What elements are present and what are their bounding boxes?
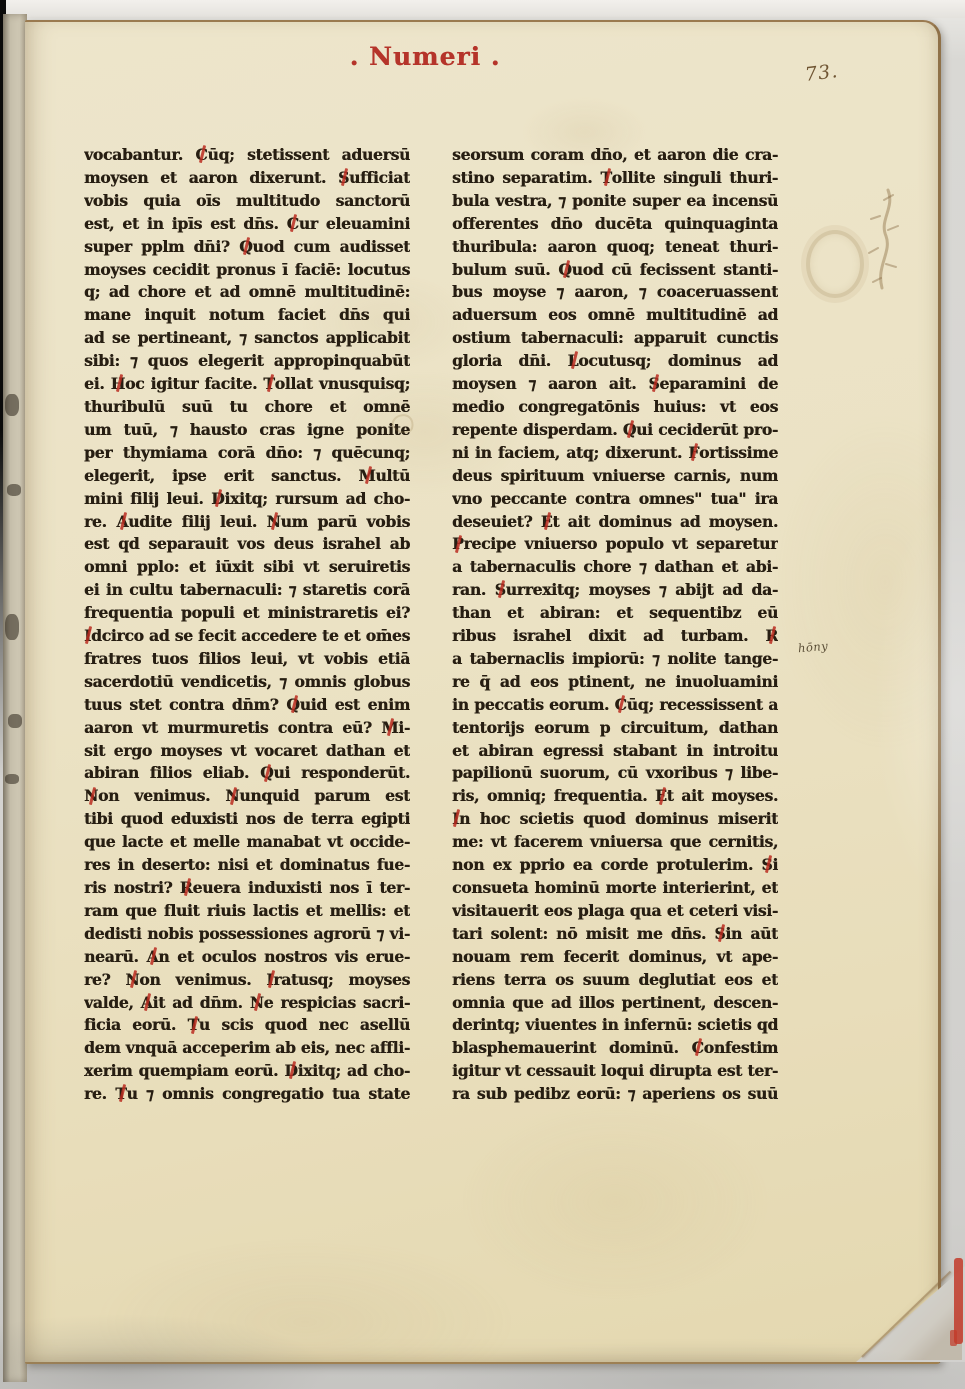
text-line: visitauerit eos plaga qua et ceteri visi… <box>452 900 778 923</box>
text-line: blasphemauerint dominū. Confestim <box>452 1037 778 1060</box>
text-line: ram que fluit riuis lactis et mellis: et <box>84 900 410 923</box>
vellum-ring-flaw <box>806 230 864 298</box>
text-line: derintq; viuentes in infernū: scietis qd <box>452 1014 778 1037</box>
text-line: moysen ⁊ aaron ait. Separamini de <box>452 373 778 396</box>
text-line: bula vestra, ⁊ ponite super ea incensū <box>452 190 778 213</box>
text-line: vocabantur. Cūq; stetissent aduersū <box>84 144 410 167</box>
text-line: tari solent: nō misit me dn̄s. Sin aūt <box>452 923 778 946</box>
text-line: nearū. An et oculos nostros vis erue- <box>84 946 410 969</box>
text-line: mini filij leui. Dixitq; rursum ad cho- <box>84 488 410 511</box>
edge-smudge <box>5 774 19 784</box>
text-line: deseuiet? Et ait dominus ad moysen. <box>452 511 778 534</box>
text-line: fratres tuos filios leui, vt vobis etiā <box>84 648 410 671</box>
text-line: xerim quempiam eorū. Dixitq; ad cho- <box>84 1060 410 1083</box>
folio-number: 73. <box>804 60 840 86</box>
text-line: gloria dn̄i. Locutusq; dominus ad <box>452 350 778 373</box>
text-line: in peccatis eorum. Cūq; recessissent a <box>452 694 778 717</box>
text-line: ei in cultu tabernaculi: ⁊ staretis corā <box>84 579 410 602</box>
text-line: stino separatim. Tollite singuli thuri- <box>452 167 778 190</box>
ink-doodle <box>858 186 904 294</box>
text-line: que lacte et melle manabat vt occide- <box>84 831 410 854</box>
text-line: tibi quod eduxisti nos de terra egipti <box>84 808 410 831</box>
text-line: valde, Ait ad dn̄m. Ne respicias sacri- <box>84 992 410 1015</box>
text-line: elegerit, ipse erit sanctus. Multū erigi… <box>84 465 410 488</box>
edge-smudge <box>5 614 19 640</box>
text-line: ei. Hoc igitur facite. Tollat vnusquisq; <box>84 373 410 396</box>
margin-annotation: hōny <box>797 639 828 656</box>
text-line: riens terra os suum deglutiat eos et <box>452 969 778 992</box>
text-line: non ex pprio ea corde protulerim. Si <box>452 854 778 877</box>
text-line: nouam rem fecerit dominus, vt ape- <box>452 946 778 969</box>
text-line: sit ergo moyses vt vocaret dathan et <box>84 740 410 763</box>
text-line: ris nostri? Reuera induxisti nos ī ter- <box>84 877 410 900</box>
text-line: re. Tu ⁊ omnis congregatio tua state <box>84 1083 410 1106</box>
text-line: ran. Surrexitq; moyses ⁊ abijt ad da- <box>452 579 778 602</box>
text-line: dem vnquā acceperim ab eis, nec affli- <box>84 1037 410 1060</box>
text-line: papilionū suorum, cū vxoribus ⁊ libe- <box>452 762 778 785</box>
text-line: me: vt facerem vniuersa que cernitis, ⁊ <box>452 831 778 854</box>
text-line: than et abiran: et sequentibz eū senio- <box>452 602 778 625</box>
text-line: Non venimus. Nunquid parum est <box>84 785 410 808</box>
text-line: Idcirco ad se fecit accedere te et om̄es <box>84 625 410 648</box>
text-line: q; ad chore et ad omnē multitudinē: <box>84 281 410 304</box>
text-line: moyses cecidit pronus ī faciē: locutus <box>84 259 410 282</box>
text-line: ad se pertineant, ⁊ sanctos applicabit <box>84 327 410 350</box>
text-line: sacerdotiū vendicetis, ⁊ omnis globus <box>84 671 410 694</box>
text-line: res in deserto: nisi et dominatus fue- <box>84 854 410 877</box>
text-line: thuribula: aaron quoq; teneat thuri- <box>452 236 778 259</box>
cloth-strip-top <box>0 0 965 18</box>
text-line: bus moyse ⁊ aaron, ⁊ coaceruassent <box>452 281 778 304</box>
text-line: ra sub pedibz eorū: ⁊ aperiens os suū <box>452 1083 778 1106</box>
text-line: per thymiama corā dn̄o: ⁊ quēcunq; <box>84 442 410 465</box>
text-line: mane inquit notum faciet dn̄s qui <box>84 304 410 327</box>
text-column-right: seorsum coram dn̄o, et aaron die cra-sti… <box>452 144 778 1106</box>
text-column-left: vocabantur. Cūq; stetissent aduersūmoyse… <box>84 144 410 1106</box>
text-line: In hoc scietis quod dominus miserit <box>452 808 778 831</box>
text-line: sibi: ⁊ quos elegerit appropinquabūt <box>84 350 410 373</box>
text-line: est qd separauit vos deus israhel ab <box>84 533 410 556</box>
edge-smudge <box>7 484 21 496</box>
text-line: vobis quia oīs multitudo sanctorū <box>84 190 410 213</box>
text-line: ostium tabernaculi: apparuit cunctis <box>452 327 778 350</box>
edge-smudge <box>5 394 19 416</box>
text-line: aaron vt murmuretis contra eū? Mi- <box>84 717 410 740</box>
text-line: deus spirituum vniuerse carnis, num <box>452 465 778 488</box>
book-fore-edge <box>3 14 27 1382</box>
text-line: consueta hominū morte interierint, et <box>452 877 778 900</box>
text-line: medio congregatōnis huius: vt eos <box>452 396 778 419</box>
text-line: omni pplo: et iūxit sibi vt seruiretis <box>84 556 410 579</box>
text-line: repente disperdam. Qui ceciderūt pro- <box>452 419 778 442</box>
text-line: omnia que ad illos pertinent, descen- <box>452 992 778 1015</box>
text-line: aduersum eos omnē multitudinē ad <box>452 304 778 327</box>
text-line: ficia eorū. Tu scis quod nec asellū qui- <box>84 1014 410 1037</box>
text-line: tentorijs eorum p circuitum, dathan <box>452 717 778 740</box>
text-line: ribus israhel dixit ad turbam. Recedite <box>452 625 778 648</box>
text-line: bulum suū. Quod cū fecissent stanti- <box>452 259 778 282</box>
text-line: dedisti nobis possessiones agrorū ⁊ vi- <box>84 923 410 946</box>
text-line: vno peccante contra omnes" tua" ira <box>452 488 778 511</box>
text-line: a tabernaclis impiorū: ⁊ nolite tange- <box>452 648 778 671</box>
text-line: Precipe vniuerso populo vt separetur <box>452 533 778 556</box>
text-line: ris, omniq; frequentia. Et ait moyses. <box>452 785 778 808</box>
edge-smudge <box>8 714 22 728</box>
text-line: a tabernaculis chore ⁊ dathan et abi- <box>452 556 778 579</box>
text-line: re. Audite filij leui. Num parū vobis <box>84 511 410 534</box>
text-line: offerentes dn̄o ducēta quinquaginta <box>452 213 778 236</box>
text-line: moysen et aaron dixerunt. Sufficiat <box>84 167 410 190</box>
text-line: ni in faciem, atq; dixerunt. Fortissime <box>452 442 778 465</box>
text-line: tuus stet contra dn̄m? Quid est enim <box>84 694 410 717</box>
text-line: igitur vt cessauit loqui dirupta est ter… <box>452 1060 778 1083</box>
text-line: abiran filios eliab. Qui responderūt. <box>84 762 410 785</box>
text-line: et abiran egressi stabant in introitu <box>452 740 778 763</box>
text-line: re q̄ ad eos ptinent, ne inuoluamini <box>452 671 778 694</box>
text-line: frequentia populi et ministraretis ei? <box>84 602 410 625</box>
text-line: est, et in ipīs est dn̄s. Cur eleuamini <box>84 213 410 236</box>
text-line: thuribulū suū tu chore et omnē concili- <box>84 396 410 419</box>
page-header-title: . Numeri . <box>340 42 510 71</box>
text-line: um tuū, ⁊ hausto cras igne ponite desu- <box>84 419 410 442</box>
scan-background: . Numeri . 73. vocabantur. Cūq; stetisse… <box>0 0 965 1389</box>
red-fore-edge <box>950 1330 957 1346</box>
text-line: seorsum coram dn̄o, et aaron die cra- <box>452 144 778 167</box>
text-line: super pplm dn̄i? Quod cum audisset <box>84 236 410 259</box>
text-line: re? Non venimus. Iratusq; moyses <box>84 969 410 992</box>
